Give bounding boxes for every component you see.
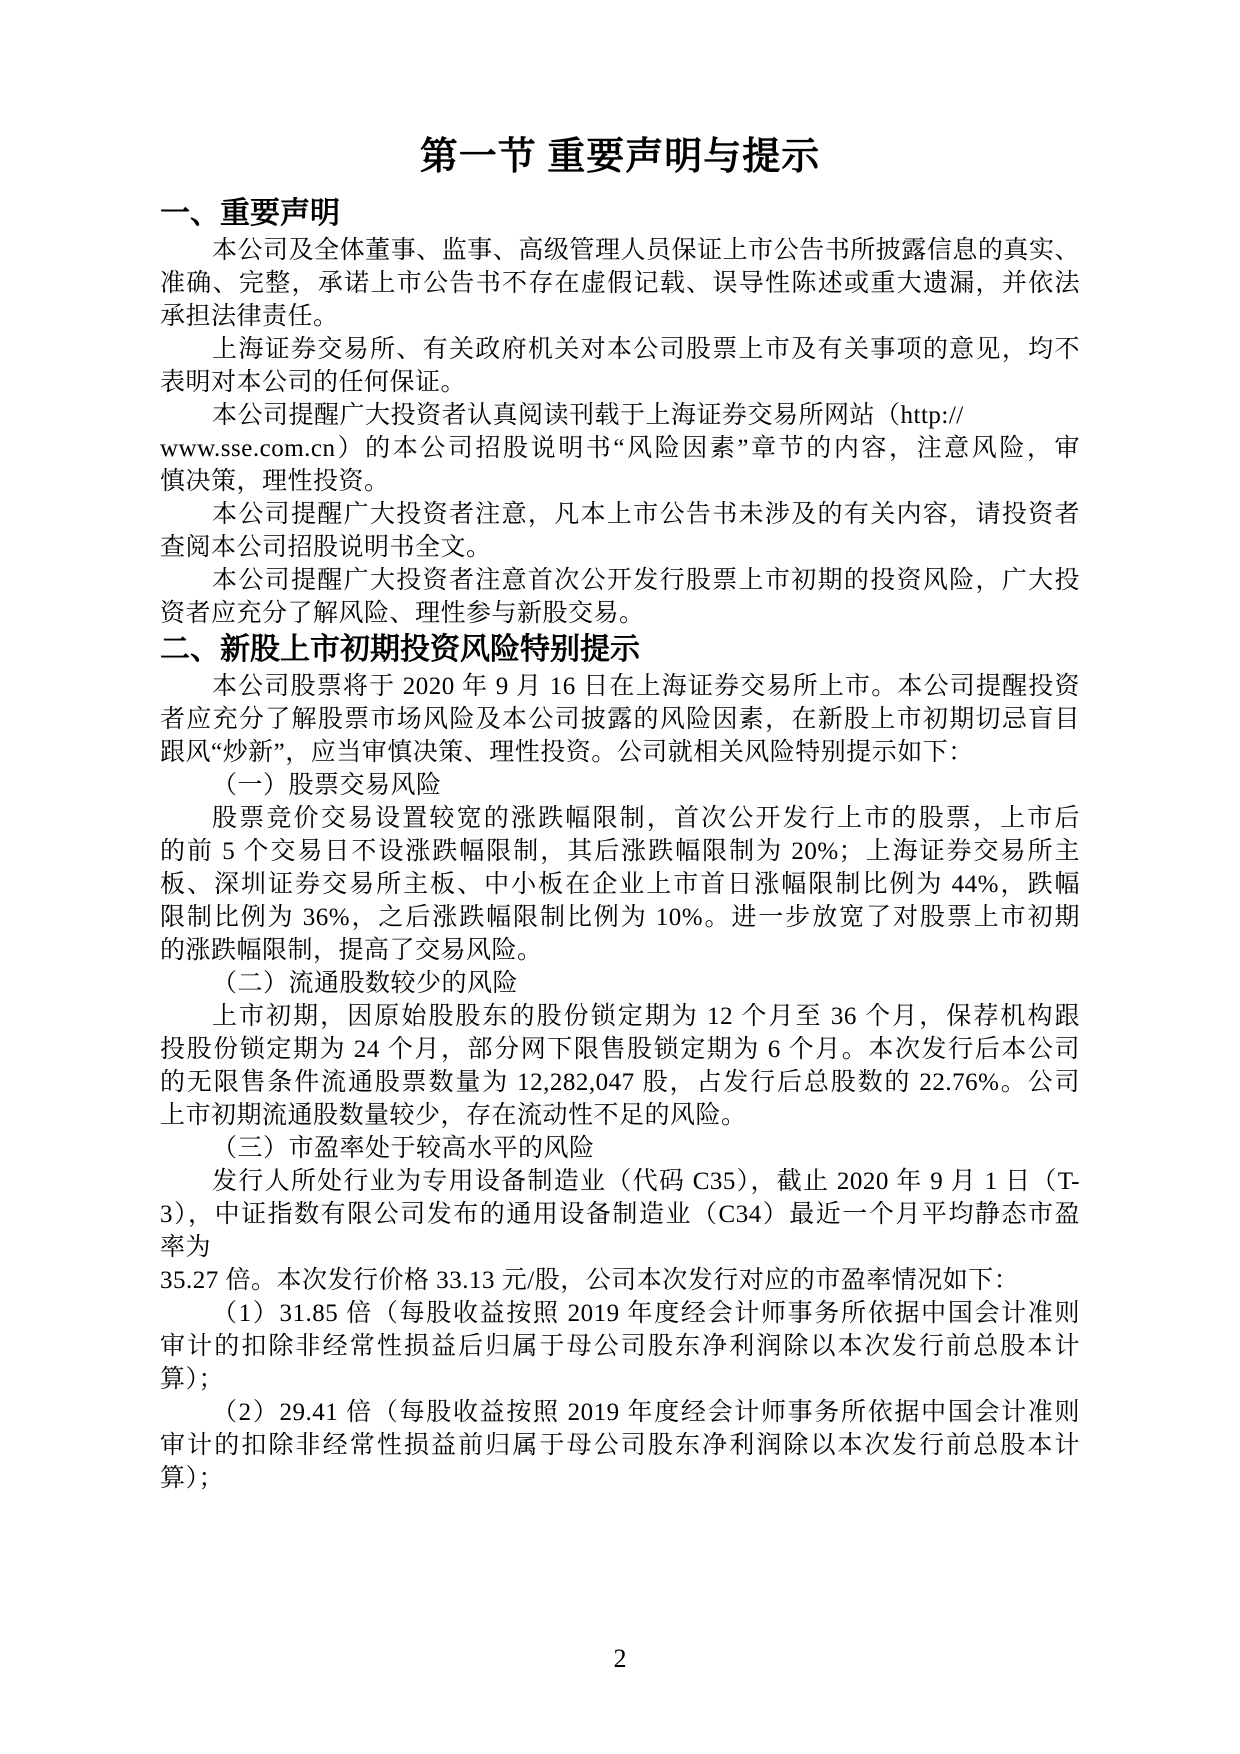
paragraph-line: 上海证券交易所、有关政府机关对本公司股票上市及有关事项的意见，均不	[160, 333, 1080, 366]
paragraph-line: 的涨跌幅限制，提高了交易风险。	[160, 934, 1080, 967]
page-number: 2	[0, 1642, 1240, 1676]
paragraph-line: 上市初期，因原始股股东的股份锁定期为 12 个月至 36 个月，保荐机构跟	[160, 1000, 1080, 1033]
paragraph: 本公司提醒广大投资者注意，凡本上市公告书未涉及的有关内容，请投资者查阅本公司招股…	[160, 498, 1080, 564]
paragraph-line: 投股份锁定期为 24 个月，部分网下限售股锁定期为 6 个月。本次发行后本公司	[160, 1033, 1080, 1066]
paragraph-line: 35.27 倍。本次发行价格 33.13 元/股，公司本次发行对应的市盈率情况如…	[160, 1264, 1080, 1297]
paragraph-line: 算）；	[160, 1462, 1080, 1495]
paragraph-line: 跟风“炒新”，应当审慎决策、理性投资。公司就相关风险特别提示如下：	[160, 736, 1080, 769]
paragraph-line: 审计的扣除非经常性损益前归属于母公司股东净利润除以本次发行前总股本计	[160, 1429, 1080, 1462]
paragraph: 本公司提醒广大投资者认真阅读刊载于上海证券交易所网站（http://www.ss…	[160, 399, 1080, 498]
paragraph-line: 本公司股票将于 2020 年 9 月 16 日在上海证券交易所上市。本公司提醒投…	[160, 670, 1080, 703]
subsection-heading: （一）股票交易风险	[160, 769, 1080, 802]
paragraph-line: 审计的扣除非经常性损益后归属于母公司股东净利润除以本次发行前总股本计	[160, 1330, 1080, 1363]
section-heading: 一、重要声明	[160, 194, 1080, 234]
paragraph-line: 查阅本公司招股说明书全文。	[160, 531, 1080, 564]
section-heading: 二、新股上市初期投资风险特别提示	[160, 630, 1080, 670]
paragraph: 上市初期，因原始股股东的股份锁定期为 12 个月至 36 个月，保荐机构跟投股份…	[160, 1000, 1080, 1132]
document-body: 第一节 重要声明与提示 一、重要声明本公司及全体董事、监事、高级管理人员保证上市…	[160, 130, 1080, 1495]
paragraph: 股票竞价交易设置较宽的涨跌幅限制，首次公开发行上市的股票，上市后的前 5 个交易…	[160, 802, 1080, 967]
paragraph-line: 准确、完整，承诺上市公告书不存在虚假记载、误导性陈述或重大遗漏，并依法	[160, 267, 1080, 300]
paragraph-line: 股票竞价交易设置较宽的涨跌幅限制，首次公开发行上市的股票，上市后	[160, 802, 1080, 835]
paragraph-line: 本公司及全体董事、监事、高级管理人员保证上市公告书所披露信息的真实、	[160, 234, 1080, 267]
paragraph-line: （2）29.41 倍（每股收益按照 2019 年度经会计师事务所依据中国会计准则	[160, 1396, 1080, 1429]
paragraph-line: 板、深圳证券交易所主板、中小板在企业上市首日涨幅限制比例为 44%，跌幅	[160, 868, 1080, 901]
paragraph: （1）31.85 倍（每股收益按照 2019 年度经会计师事务所依据中国会计准则…	[160, 1297, 1080, 1396]
paragraph-line: 慎决策，理性投资。	[160, 465, 1080, 498]
paragraph-line: 承担法律责任。	[160, 300, 1080, 333]
paragraph-line: www.sse.com.cn）的本公司招股说明书“风险因素”章节的内容，注意风险…	[160, 432, 1080, 465]
paragraph-line: 算）；	[160, 1363, 1080, 1396]
paragraph-line: 表明对本公司的任何保证。	[160, 366, 1080, 399]
paragraph-line: （1）31.85 倍（每股收益按照 2019 年度经会计师事务所依据中国会计准则	[160, 1297, 1080, 1330]
paragraph: 本公司股票将于 2020 年 9 月 16 日在上海证券交易所上市。本公司提醒投…	[160, 670, 1080, 769]
document-blocks: 一、重要声明本公司及全体董事、监事、高级管理人员保证上市公告书所披露信息的真实、…	[160, 194, 1080, 1495]
paragraph-line: 本公司提醒广大投资者注意首次公开发行股票上市初期的投资风险，广大投	[160, 564, 1080, 597]
paragraph: 发行人所处行业为专用设备制造业（代码 C35），截止 2020 年 9 月 1 …	[160, 1165, 1080, 1297]
paragraph-line: 资者应充分了解风险、理性参与新股交易。	[160, 597, 1080, 630]
paragraph-line: 3），中证指数有限公司发布的通用设备制造业（C34）最近一个月平均静态市盈	[160, 1198, 1080, 1231]
paragraph-line: 本公司提醒广大投资者认真阅读刊载于上海证券交易所网站（http://	[160, 399, 1080, 432]
paragraph: 本公司及全体董事、监事、高级管理人员保证上市公告书所披露信息的真实、准确、完整，…	[160, 234, 1080, 333]
paragraph-line: 率为	[160, 1231, 1080, 1264]
paragraph: 上海证券交易所、有关政府机关对本公司股票上市及有关事项的意见，均不表明对本公司的…	[160, 333, 1080, 399]
subsection-heading: （三）市盈率处于较高水平的风险	[160, 1132, 1080, 1165]
paragraph-line: 者应充分了解股票市场风险及本公司披露的风险因素，在新股上市初期切忌盲目	[160, 703, 1080, 736]
paragraph-line: 本公司提醒广大投资者注意，凡本上市公告书未涉及的有关内容，请投资者	[160, 498, 1080, 531]
paragraph-line: 限制比例为 36%，之后涨跌幅限制比例为 10%。进一步放宽了对股票上市初期	[160, 901, 1080, 934]
paragraph: 本公司提醒广大投资者注意首次公开发行股票上市初期的投资风险，广大投资者应充分了解…	[160, 564, 1080, 630]
paragraph-line: 发行人所处行业为专用设备制造业（代码 C35），截止 2020 年 9 月 1 …	[160, 1165, 1080, 1198]
subsection-heading: （二）流通股数较少的风险	[160, 967, 1080, 1000]
paragraph-line: 的无限售条件流通股票数量为 12,282,047 股，占发行后总股数的 22.7…	[160, 1066, 1080, 1099]
paragraph: （2）29.41 倍（每股收益按照 2019 年度经会计师事务所依据中国会计准则…	[160, 1396, 1080, 1495]
document-page: 第一节 重要声明与提示 一、重要声明本公司及全体董事、监事、高级管理人员保证上市…	[0, 0, 1240, 1754]
paragraph-line: 上市初期流通股数量较少，存在流动性不足的风险。	[160, 1099, 1080, 1132]
paragraph-line: 的前 5 个交易日不设涨跌幅限制，其后涨跌幅限制为 20%；上海证券交易所主	[160, 835, 1080, 868]
page-title: 第一节 重要声明与提示	[160, 130, 1080, 184]
